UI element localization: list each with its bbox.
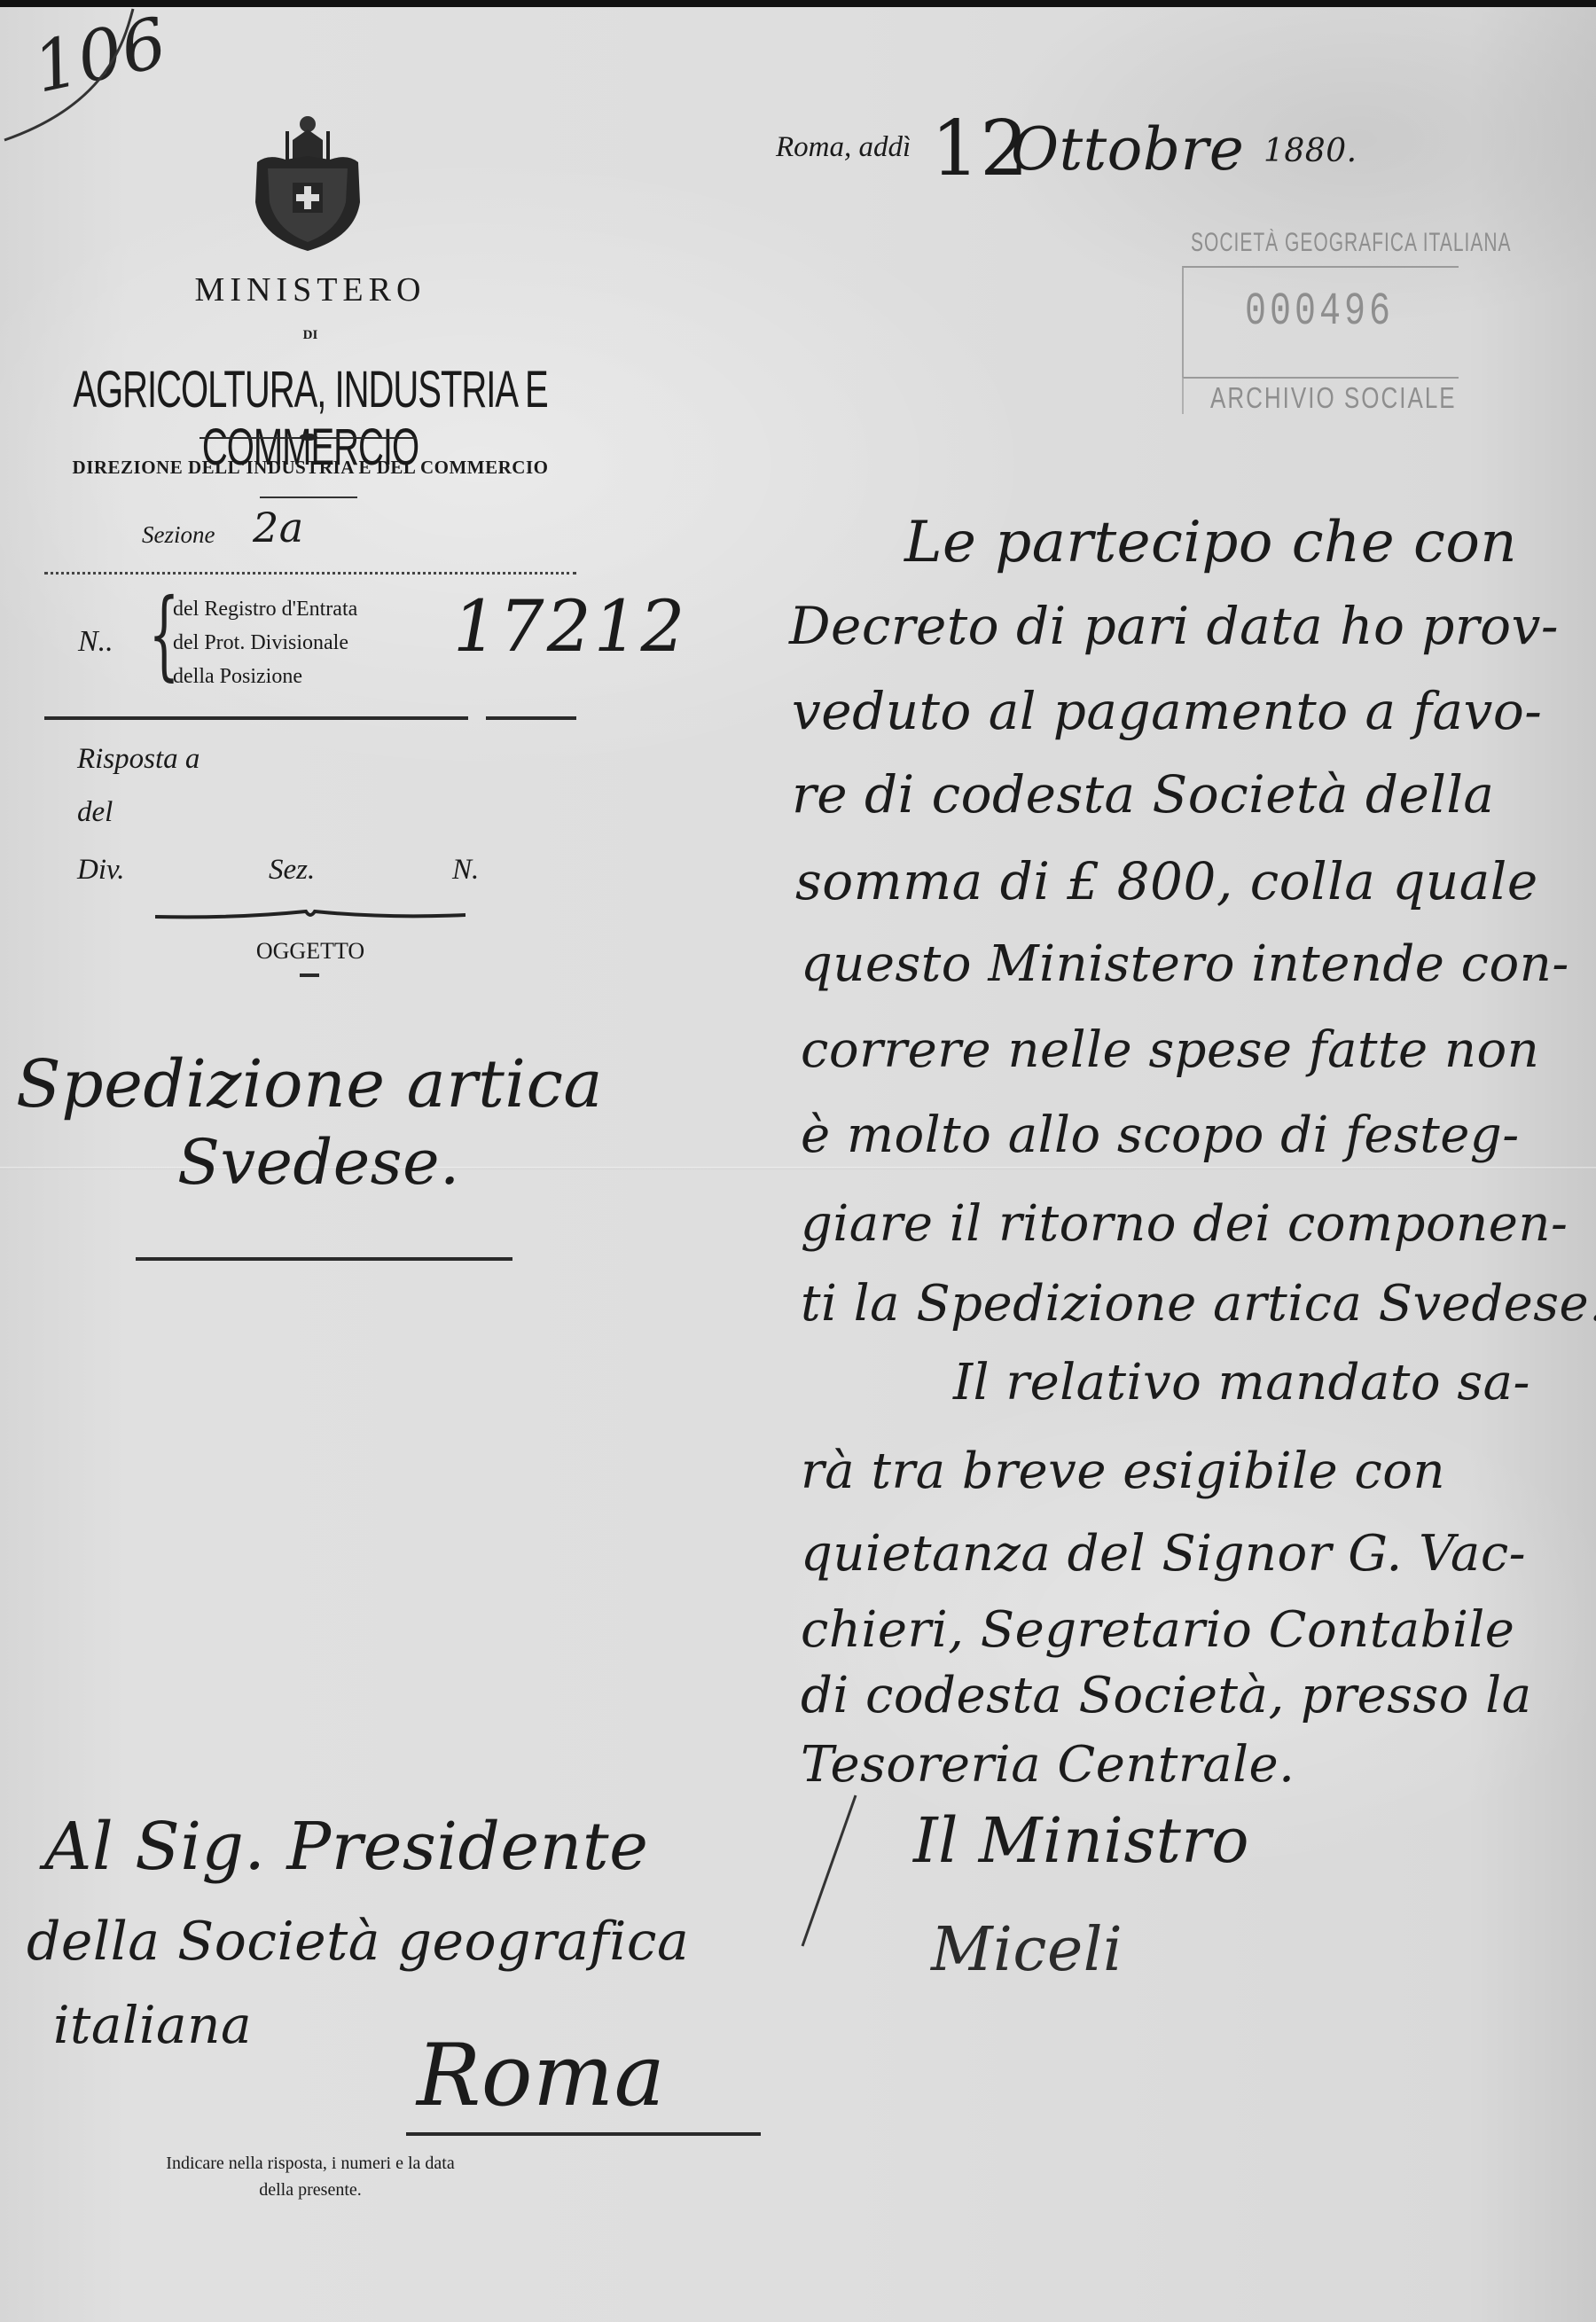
date-month: Ottobre	[1011, 115, 1244, 184]
dotted-separator	[44, 572, 576, 575]
subject-line1: Spedizione artica	[16, 1046, 603, 1122]
body-line: re di codesta Società della	[792, 764, 1495, 825]
registry-lines: del Registro d'Entrata del Prot. Divisio…	[173, 592, 357, 693]
body-line: questo Ministero intende con-	[801, 935, 1569, 993]
body-line: veduto al pagamento a favo-	[792, 681, 1542, 741]
body-line: è molto allo scopo di festeg-	[801, 1106, 1520, 1164]
reply-del-label: del	[77, 796, 113, 829]
reply-n-label: N.	[452, 854, 479, 887]
divider-ornament	[300, 434, 317, 441]
addressee-underline	[406, 2132, 761, 2136]
registry-prefix: N..	[78, 625, 113, 659]
double-rule-left	[44, 716, 468, 720]
addressee-line3: italiana	[53, 1995, 252, 2055]
footer-note: Indicare nella risposta, i numeri e la d…	[44, 2150, 576, 2203]
scan-edge	[0, 0, 1596, 7]
addressee-line2: della Società geografica	[27, 1911, 689, 1973]
subject-line2: Svedese.	[177, 1126, 460, 1199]
date-printed: Roma, addì	[776, 131, 911, 164]
body-line: Il relativo mandato sa-	[953, 1354, 1530, 1411]
body-line: rà tra breve esigibile con	[801, 1442, 1445, 1500]
addressee-city: Roma	[417, 2026, 665, 2125]
registry-line-entrata: del Registro d'Entrata	[173, 592, 357, 626]
body-line: Decreto di pari data ho prov-	[789, 596, 1559, 656]
footer-line2: della presente.	[44, 2177, 576, 2203]
body-line: di codesta Società, presso la	[801, 1667, 1532, 1724]
body-line: Le partecipo che con	[904, 510, 1517, 575]
body-line: quietanza del Signor G. Vac-	[801, 1525, 1526, 1583]
registry-line-position: della Posizione	[173, 660, 357, 693]
signature-slash-icon	[794, 1791, 864, 1951]
body-line: somma di £ 800, colla quale	[795, 851, 1538, 911]
body-line: correre nelle spese fatte non	[801, 1021, 1539, 1079]
stamp-number: 000496	[1182, 286, 1457, 339]
subject-dash	[300, 973, 319, 977]
section-label: Sezione	[142, 521, 215, 549]
reply-div-label: Div.	[77, 854, 124, 887]
stamp-archive: ARCHIVIO SOCIALE	[1182, 377, 1459, 414]
archive-stamp: SOCIETÀ GEOGRAFICA ITALIANA 000496 ARCHI…	[1182, 229, 1457, 406]
reply-label: Risposta a	[77, 743, 199, 776]
addressee-line1: Al Sig. Presidente	[44, 1809, 648, 1885]
body-line: ti la Spedizione artica Svedese.	[801, 1275, 1596, 1333]
ministry-di: DI	[80, 328, 541, 343]
stamp-society: SOCIETÀ GEOGRAFICA ITALIANA	[1191, 229, 1457, 259]
reply-sez-label: Sez.	[269, 854, 315, 887]
direction-title: DIREZIONE DELL'INDUSTRIA E DEL COMMERCIO	[35, 457, 585, 479]
registry-number: 17212	[445, 585, 694, 668]
archive-mark-stroke-icon	[0, 7, 142, 158]
closing-title: Il Ministro	[913, 1804, 1249, 1877]
letter-page: 106 MINISTERO DI AGRICOLTURA, INDUSTRIA …	[0, 0, 1596, 2322]
body-line: Tesoreria Centrale.	[801, 1736, 1295, 1794]
section-value: 2a	[253, 504, 304, 551]
double-rule-right	[486, 716, 576, 720]
ministry-title: MINISTERO	[80, 270, 541, 309]
footer-line1: Indicare nella risposta, i numeri e la d…	[44, 2150, 576, 2177]
body-line: giare il ritorno dei componen-	[801, 1195, 1568, 1253]
ornament-swash-icon	[155, 906, 465, 927]
registry-line-protocol: del Prot. Divisionale	[173, 626, 357, 660]
subject-label: OGGETTO	[168, 938, 452, 965]
subject-underline	[136, 1257, 512, 1261]
ornament-flourish	[260, 496, 357, 498]
body-line: chieri, Segretario Contabile	[801, 1601, 1514, 1659]
date-year: 1880.	[1263, 133, 1357, 169]
coat-of-arms-icon	[250, 113, 365, 255]
stamp-archive-label: ARCHIVIO SOCIALE	[1210, 380, 1457, 416]
minister-signature: Miceli	[931, 1915, 1123, 1985]
